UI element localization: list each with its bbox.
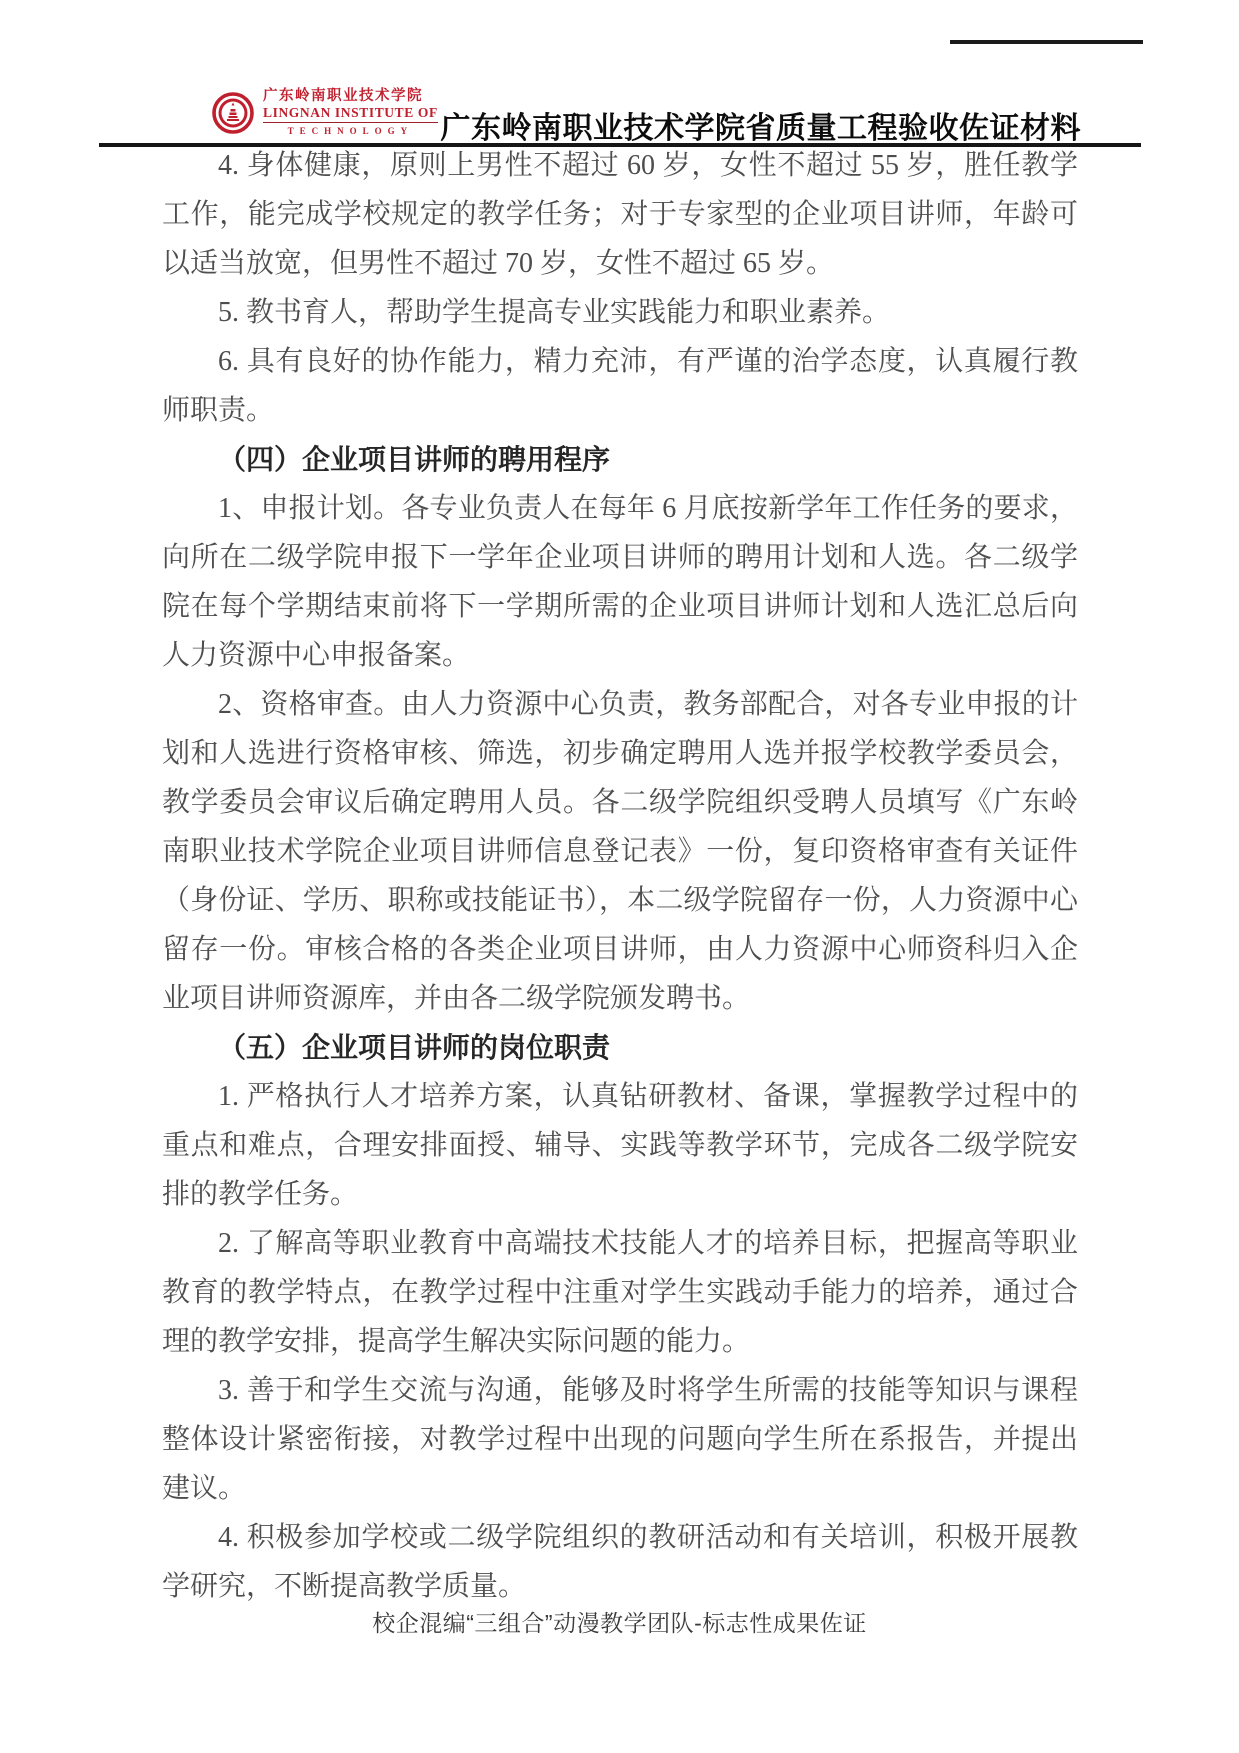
paragraph: 3. 善于和学生交流与沟通，能够及时将学生所需的技能等知识与课程整体设计紧密衔接…: [162, 1366, 1078, 1513]
school-name-english-line1: LINGNAN INSTITUTE OF: [263, 105, 438, 123]
document-body: 4. 身体健康，原则上男性不超过 60 岁，女性不超过 55 岁，胜任教学工作，…: [162, 141, 1078, 1611]
footer-text: 校企混编“三组合”动漫教学团队-标志性成果佐证: [372, 1610, 866, 1636]
school-name-chinese: 广东岭南职业技术学院: [263, 88, 438, 105]
section-heading: （五）企业项目讲师的岗位职责: [162, 1023, 1078, 1072]
school-name-english-line2: TECHNOLOGY: [263, 125, 438, 137]
paragraph: 6. 具有良好的协作能力，精力充沛，有严谨的治学态度，认真履行教师职责。: [162, 337, 1078, 435]
paragraph: 2. 了解高等职业教育中高端技术技能人才的培养目标，把握高等职业教育的教学特点，…: [162, 1219, 1078, 1366]
paragraph: 1. 严格执行人才培养方案，认真钻研教材、备课，掌握教学过程中的重点和难点，合理…: [162, 1072, 1078, 1219]
scan-artifact-line: [950, 40, 1143, 44]
paragraph: 5. 教书育人，帮助学生提高专业实践能力和职业素养。: [162, 288, 1078, 337]
school-seal-icon: [212, 92, 254, 134]
section-heading: （四）企业项目讲师的聘用程序: [162, 435, 1078, 484]
paragraph: 4. 积极参加学校或二级学院组织的教研活动和有关培训，积极开展教学研究，不断提高…: [162, 1513, 1078, 1611]
school-logo: 广东岭南职业技术学院 LINGNAN INSTITUTE OF TECHNOLO…: [212, 88, 438, 137]
paragraph: 1、申报计划。各专业负责人在每年 6 月底按新学年工作任务的要求，向所在二级学院…: [162, 484, 1078, 680]
paragraph: 2、资格审查。由人力资源中心负责，教务部配合，对各专业申报的计划和人选进行资格审…: [162, 680, 1078, 1023]
paragraph: 4. 身体健康，原则上男性不超过 60 岁，女性不超过 55 岁，胜任教学工作，…: [162, 141, 1078, 288]
page-footer: 校企混编“三组合”动漫教学团队-标志性成果佐证: [0, 1605, 1239, 1638]
school-logo-text: 广东岭南职业技术学院 LINGNAN INSTITUTE OF TECHNOLO…: [263, 88, 438, 137]
